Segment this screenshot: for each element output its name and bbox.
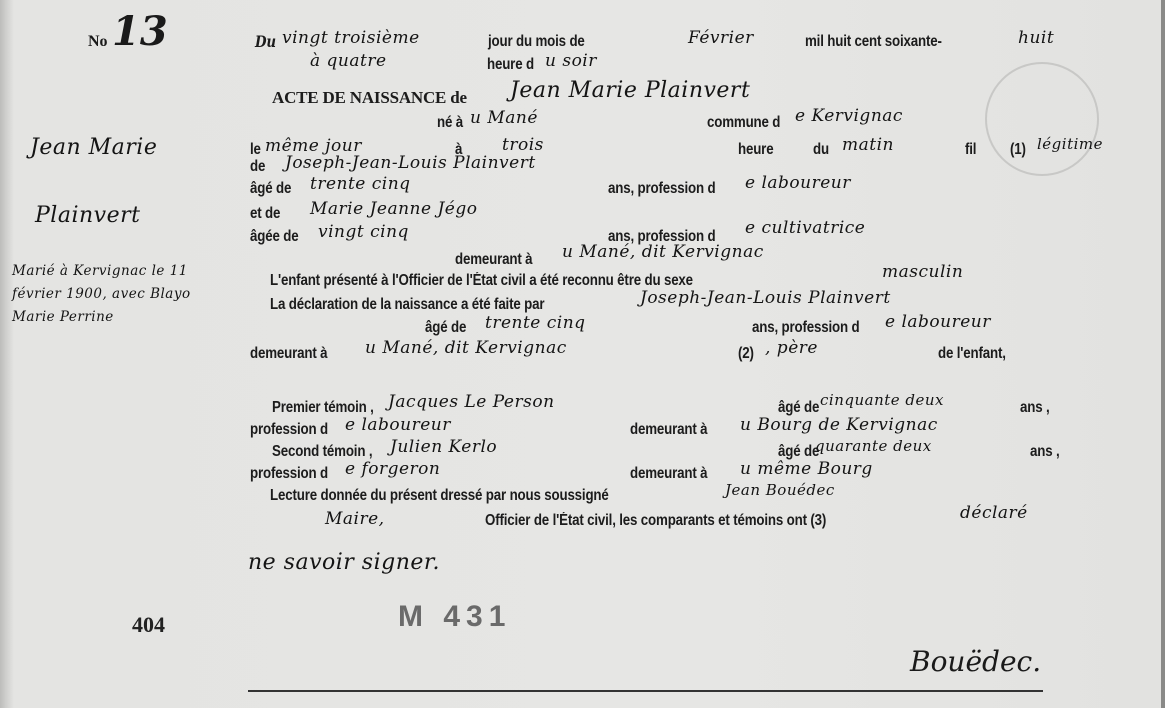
l14-declarant-residence: u Mané, dit Kervignac: [365, 338, 567, 358]
l1-hand-day: vingt troisième: [282, 28, 420, 48]
registry-number: 404: [132, 612, 165, 638]
l1-hand-year: huit: [1018, 28, 1054, 48]
l12-declarant: Joseph-Jean-Louis Plainvert: [640, 288, 891, 308]
l15-print-c: ans ,: [1020, 399, 1050, 417]
l11-sex: masculin: [882, 262, 963, 282]
l8-mother-name: Marie Jeanne Jégo: [310, 199, 477, 219]
margin-annotation-2: février 1900, avec Blayo: [12, 286, 191, 302]
l16-witness1-job: e laboureur: [345, 415, 451, 435]
l5-print-c: heure: [738, 141, 773, 159]
l15-witness1-name: Jacques Le Person: [388, 392, 555, 412]
l18-witness2-job: e forgeron: [345, 459, 440, 479]
l17-print-c: ans ,: [1030, 443, 1060, 461]
margin-annotation-1: Marié à Kervignac le 11: [12, 263, 188, 279]
birth-certificate-page: No 13 Du vingt troisième jour du mois de…: [0, 0, 1165, 708]
l17-witness2-name: Julien Kerlo: [390, 437, 497, 457]
l5-print-f: (1): [1010, 141, 1026, 159]
l4-print-b: commune d: [707, 114, 780, 132]
l5-print-a: le: [250, 141, 261, 159]
l9-print-a: âgée de: [250, 228, 298, 246]
l1-print-b: jour du mois de: [488, 33, 585, 51]
l14-relation: , père: [765, 338, 818, 358]
act-number-label: No: [88, 33, 108, 51]
faded-seal-stamp: [985, 62, 1099, 176]
l17-witness2-age: quarante deux: [815, 437, 932, 455]
l18-print-b: demeurant à: [630, 465, 707, 483]
l5-print-e: fil: [965, 141, 976, 159]
l19-print-a: Lecture donnée du présent dressé par nou…: [270, 487, 609, 505]
l18-witness2-residence: u même Bourg: [740, 459, 873, 479]
margin-last-name: Plainvert: [35, 203, 140, 228]
l18-print-a: profession d: [250, 465, 328, 483]
l3-child-name: Jean Marie Plainvert: [510, 78, 750, 103]
l3-title: ACTE DE NAISSANCE de: [272, 88, 467, 108]
l13-declarant-job: e laboureur: [885, 312, 991, 332]
l5-print-d: du: [813, 141, 829, 159]
l16-witness1-residence: u Bourg de Kervignac: [740, 415, 938, 435]
l10-print-a: demeurant à: [455, 251, 532, 269]
l13-print-b: ans, profession d: [752, 319, 859, 337]
l5-hand-legit: légitime: [1037, 135, 1103, 153]
l5-hand-period: matin: [842, 135, 894, 155]
l5-hand-hour: trois: [502, 135, 544, 155]
l4-hand-place: u Mané: [470, 108, 538, 128]
l14-print-a: demeurant à: [250, 345, 327, 363]
l13-declarant-age: trente cinq: [485, 313, 586, 333]
l8-print-a: et de: [250, 205, 280, 223]
l1-print-a: Du: [255, 32, 276, 51]
l16-print-b: demeurant à: [630, 421, 707, 439]
l9-mother-age: vingt cinq: [318, 222, 409, 242]
l15-witness1-age: cinquante deux: [820, 391, 944, 409]
act-number: 13: [112, 8, 168, 55]
l13-print-a: âgé de: [425, 319, 466, 337]
l11-print-a: L'enfant présenté à l'Officier de l'État…: [270, 272, 693, 290]
l10-residence: u Mané, dit Kervignac: [562, 242, 764, 262]
l14-print-c: de l'enfant,: [938, 345, 1006, 363]
page-edge: [1161, 0, 1165, 708]
l7-father-age: trente cinq: [310, 174, 411, 194]
l20-officer-title: Maire,: [325, 509, 385, 529]
l1-hand-month: Février: [688, 28, 754, 48]
l2-print-a: heure d: [487, 56, 534, 74]
l16-print-a: profession d: [250, 421, 328, 439]
l6-father-name: Joseph-Jean-Louis Plainvert: [285, 153, 536, 173]
l2-hand-period: u soir: [545, 51, 597, 71]
l21-cannot-sign: ne savoir signer.: [248, 550, 440, 575]
l19-officer-name: Jean Bouédec: [725, 481, 835, 499]
l7-print-b: ans, profession d: [608, 180, 715, 198]
l2-hand-hour: à quatre: [310, 51, 387, 71]
l7-print-a: âgé de: [250, 180, 291, 198]
margin-first-name: Jean Marie: [30, 135, 157, 160]
l6-print-a: de: [250, 158, 265, 176]
archive-stamp: M 431: [398, 600, 511, 634]
l14-note-2: (2): [738, 345, 754, 363]
bottom-rule: [248, 690, 1043, 692]
l4-hand-commune: e Kervignac: [795, 106, 903, 126]
l4-print-a: né à: [437, 114, 463, 132]
l20-declared: déclaré: [960, 503, 1028, 523]
l20-print-a: Officier de l'État civil, les comparants…: [485, 512, 826, 530]
l12-print-a: La déclaration de la naissance a été fai…: [270, 296, 544, 314]
margin-annotation-3: Marie Perrine: [12, 309, 114, 325]
l7-father-job: e laboureur: [745, 173, 851, 193]
officer-signature: Bouëdec.: [910, 645, 1041, 678]
l9-mother-job: e cultivatrice: [745, 218, 865, 238]
l1-print-c: mil huit cent soixante-: [805, 33, 942, 51]
